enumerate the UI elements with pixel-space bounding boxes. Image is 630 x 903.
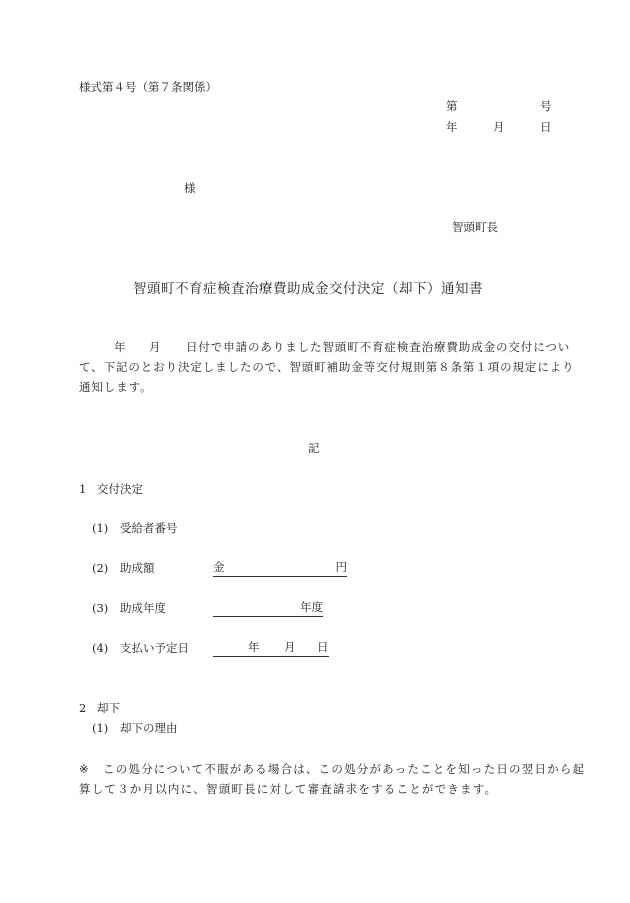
doc-number-suffix: 号 <box>540 101 552 113</box>
item-4-number: (4) <box>92 643 108 655</box>
section-1-number: 1 <box>79 484 86 496</box>
amount-prefix: 金 <box>213 562 225 574</box>
item-1-number: (1) <box>92 523 108 535</box>
ki-marker: 記 <box>308 443 320 455</box>
payment-day-label: 日 <box>317 642 329 654</box>
notice-mark: ※ <box>79 764 89 776</box>
item-3-number: (3) <box>92 603 108 615</box>
grant-fiscal-year-field[interactable]: 年度 <box>213 602 323 617</box>
body-line-2: て、下記のとおり決定しましたので、智頭町補助金等交付規則第８条第１項の規定により <box>79 362 575 374</box>
sender-name: 智頭町長 <box>452 222 498 234</box>
addressee-honorific: 様 <box>184 183 196 195</box>
payment-month-label: 月 <box>284 642 296 654</box>
section-2-heading: 却下 <box>97 703 120 715</box>
date-year-label: 年 <box>446 122 458 134</box>
date-month-label: 月 <box>493 122 505 134</box>
grant-amount-label: 助成額 <box>120 563 155 575</box>
document-title: 智頭町不育症検査治療費助成金交付決定（却下）通知書 <box>133 283 483 297</box>
payment-date-field[interactable]: 年 月 日 <box>213 642 329 657</box>
notice-line-2: 算して３か月以内に、智頭町長に対して審査請求をすることができます。 <box>79 784 497 796</box>
fiscal-year-suffix: 年度 <box>300 602 323 614</box>
notice-line-1: この処分について不服がある場合は、この処分があったことを知った日の翌日から起 <box>103 764 585 776</box>
body-line-1: 日付で申請のありました智頭町不育症検査治療費助成金の交付につい <box>186 342 570 354</box>
section-2-number: 2 <box>79 703 86 715</box>
body-year-label: 年 <box>114 342 126 354</box>
grant-amount-field[interactable]: 金 円 <box>213 562 347 577</box>
amount-suffix-yen: 円 <box>336 562 348 574</box>
payment-date-label: 支払い予定日 <box>120 643 189 655</box>
grant-year-label: 助成年度 <box>120 603 166 615</box>
section-1-heading: 交付決定 <box>97 484 143 496</box>
recipient-number-label: 受給者番号 <box>120 523 178 535</box>
item-2-number: (2) <box>92 563 108 575</box>
rejection-reason-label: 却下の理由 <box>120 723 178 735</box>
body-month-label: 月 <box>149 342 161 354</box>
form-number: 様式第４号（第７条関係） <box>79 82 217 94</box>
date-day-label: 日 <box>540 122 552 134</box>
doc-number-prefix: 第 <box>446 101 458 113</box>
body-line-3: 通知します。 <box>79 382 152 394</box>
payment-year-label: 年 <box>248 642 260 654</box>
rejection-item-1-number: (1) <box>92 723 108 735</box>
